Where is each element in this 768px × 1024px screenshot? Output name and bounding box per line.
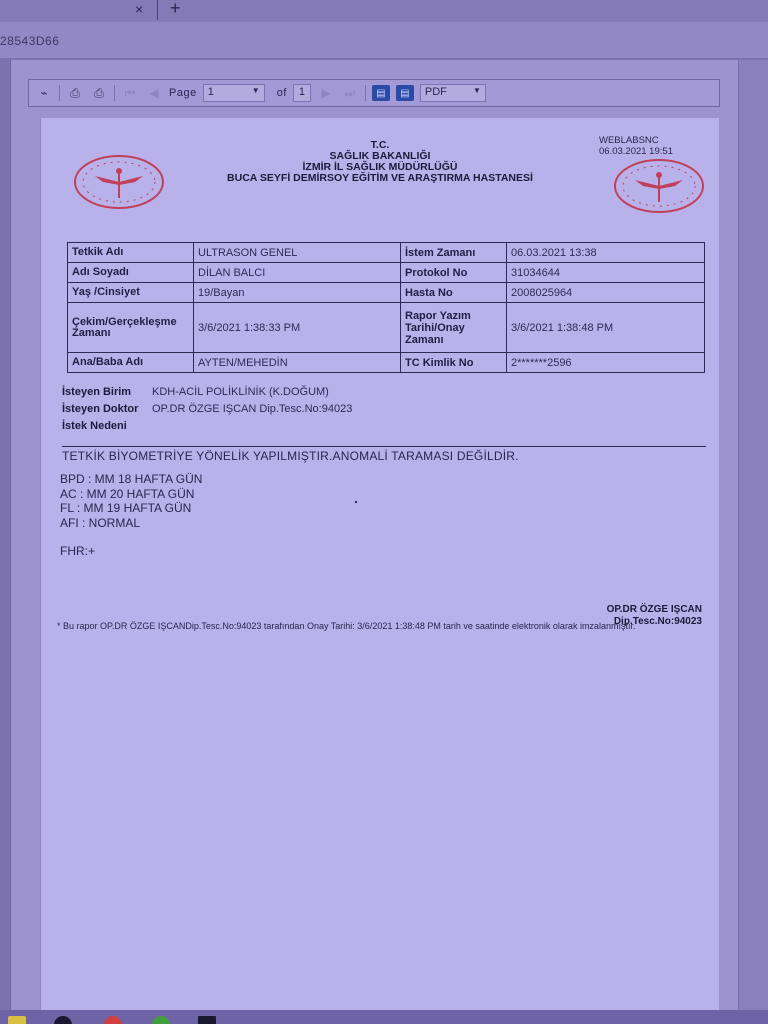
export-format-value: PDF bbox=[425, 86, 447, 98]
last-page-icon[interactable]: ⏭ bbox=[341, 85, 359, 101]
cell-label: Rapor Yazım Tarihi/Onay Zamanı bbox=[401, 303, 507, 353]
measurement-item: AFI : NORMAL bbox=[60, 516, 202, 531]
signature-name: OP.DR ÖZGE IŞCAN bbox=[607, 604, 702, 616]
export-format-select[interactable]: PDF ▼ bbox=[420, 84, 486, 102]
export-icon[interactable]: ▤ bbox=[396, 85, 414, 101]
chevron-down-icon: ▼ bbox=[252, 86, 260, 95]
tab-close-icon[interactable]: × bbox=[135, 1, 143, 17]
previous-page-icon[interactable]: ◀ bbox=[145, 85, 163, 101]
table-row: Çekim/Gerçekleşme Zamanı 3/6/2021 1:38:3… bbox=[68, 303, 705, 353]
toolbar-divider bbox=[114, 85, 115, 101]
system-name: WEBLABSNC bbox=[599, 135, 673, 146]
save-icon[interactable]: ▤ bbox=[372, 85, 390, 101]
first-page-icon[interactable]: ⏮ bbox=[121, 85, 139, 101]
cell-value: DİLAN BALCI bbox=[194, 263, 401, 283]
requesting-unit-label: İsteyen Birim bbox=[62, 384, 152, 401]
cell-value: 2*******2596 bbox=[507, 353, 705, 373]
address-text: 28543D66 bbox=[0, 34, 59, 48]
cell-label: Protokol No bbox=[401, 263, 507, 283]
cell-value: 31034644 bbox=[507, 263, 705, 283]
cell-value: 06.03.2021 13:38 bbox=[507, 243, 705, 263]
page-label: Page bbox=[169, 87, 197, 99]
print-icon[interactable]: ⎙ bbox=[66, 85, 84, 101]
toolbar-divider bbox=[365, 85, 366, 101]
requesting-doctor-value: OP.DR ÖZGE IŞCAN Dip.Tesc.No:94023 bbox=[152, 401, 352, 418]
cell-value: 3/6/2021 1:38:48 PM bbox=[507, 303, 705, 353]
table-row: Adı Soyadı DİLAN BALCI Protokol No 31034… bbox=[68, 263, 705, 283]
measurement-item: BPD : MM 18 HAFTA GÜN bbox=[60, 472, 202, 487]
table-row: Yaş /Cinsiyet 19/Bayan Hasta No 20080259… bbox=[68, 283, 705, 303]
fhr-text: FHR:+ bbox=[60, 544, 95, 558]
cell-value: 2008025964 bbox=[507, 283, 705, 303]
viewer-scrollbar[interactable] bbox=[738, 60, 768, 1024]
next-page-icon[interactable]: ▶ bbox=[317, 85, 335, 101]
table-row: Tetkik Adı ULTRASON GENEL İstem Zamanı 0… bbox=[68, 243, 705, 263]
requesting-unit-value: KDH-ACİL POLİKLİNİK (K.DOĞUM) bbox=[152, 384, 329, 401]
cell-value: AYTEN/MEHEDİN bbox=[194, 353, 401, 373]
stray-mark bbox=[355, 501, 357, 503]
toolbar-divider bbox=[59, 85, 60, 101]
cell-label: Hasta No bbox=[401, 283, 507, 303]
measurements-list: BPD : MM 18 HAFTA GÜN AC : MM 20 HAFTA G… bbox=[60, 472, 202, 530]
system-stamp: WEBLABSNC 06.03.2021 19:51 bbox=[599, 135, 673, 157]
page-select-value: 1 bbox=[208, 86, 214, 98]
section-divider bbox=[62, 446, 706, 447]
request-reason-row: İstek Nedeni bbox=[62, 418, 352, 435]
cell-label: Adı Soyadı bbox=[68, 263, 194, 283]
measurement-item: AC : MM 20 HAFTA GÜN bbox=[60, 487, 202, 502]
cell-label: Yaş /Cinsiyet bbox=[68, 283, 194, 303]
request-reason-label: İstek Nedeni bbox=[62, 418, 152, 435]
system-timestamp: 06.03.2021 19:51 bbox=[599, 146, 673, 157]
report-toolbar: ⌁ ⎙ ⎙ ⏮ ◀ Page 1 ▼ of 1 ▶ ⏭ ▤ ▤ PDF ▼ bbox=[28, 79, 720, 107]
new-tab-icon[interactable]: + bbox=[170, 0, 181, 19]
report-page: T.C. SAĞLIK BAKANLIĞI İZMİR İL SAĞLIK MÜ… bbox=[40, 118, 719, 1024]
print-setup-icon[interactable]: ⎙ bbox=[90, 85, 108, 101]
finding-text: TETKİK BİYOMETRİYE YÖNELİK YAPILMIŞTIR.A… bbox=[62, 449, 519, 463]
cell-value: 19/Bayan bbox=[194, 283, 401, 303]
app-icon[interactable] bbox=[198, 1016, 216, 1024]
patient-info-table: Tetkik Adı ULTRASON GENEL İstem Zamanı 0… bbox=[67, 242, 705, 373]
requesting-doctor-label: İsteyen Doktor bbox=[62, 401, 152, 418]
page-select[interactable]: 1 ▼ bbox=[203, 84, 265, 102]
cell-label: Çekim/Gerçekleşme Zamanı bbox=[68, 303, 194, 353]
chevron-down-icon: ▼ bbox=[473, 86, 481, 95]
tab-strip: × + bbox=[0, 0, 768, 22]
requesting-unit-row: İsteyen Birim KDH-ACİL POLİKLİNİK (K.DOĞ… bbox=[62, 384, 352, 401]
e-signature-footnote: * Bu rapor OP.DR ÖZGE IŞCANDip.Tesc.No:9… bbox=[57, 621, 687, 632]
cell-label: TC Kimlik No bbox=[401, 353, 507, 373]
total-pages: 1 bbox=[293, 84, 311, 102]
cell-label: İstem Zamanı bbox=[401, 243, 507, 263]
requesting-doctor-row: İsteyen Doktor OP.DR ÖZGE IŞCAN Dip.Tesc… bbox=[62, 401, 352, 418]
address-bar[interactable]: 28543D66 bbox=[0, 22, 768, 58]
request-details: İsteyen Birim KDH-ACİL POLİKLİNİK (K.DOĞ… bbox=[62, 384, 352, 435]
file-explorer-icon[interactable] bbox=[8, 1016, 26, 1024]
measurement-item: FL : MM 19 HAFTA GÜN bbox=[60, 501, 202, 516]
table-row: Ana/Baba Adı AYTEN/MEHEDİN TC Kimlik No … bbox=[68, 353, 705, 373]
of-label: of bbox=[277, 87, 287, 99]
cell-value: ULTRASON GENEL bbox=[194, 243, 401, 263]
header-line-4: BUCA SEYFİ DEMİRSOY EĞİTİM VE ARAŞTIRMA … bbox=[41, 173, 719, 184]
cell-value: 3/6/2021 1:38:33 PM bbox=[194, 303, 401, 353]
cell-label: Tetkik Adı bbox=[68, 243, 194, 263]
refresh-icon[interactable]: ⌁ bbox=[35, 85, 53, 101]
cell-label: Ana/Baba Adı bbox=[68, 353, 194, 373]
tab-separator bbox=[157, 0, 158, 20]
